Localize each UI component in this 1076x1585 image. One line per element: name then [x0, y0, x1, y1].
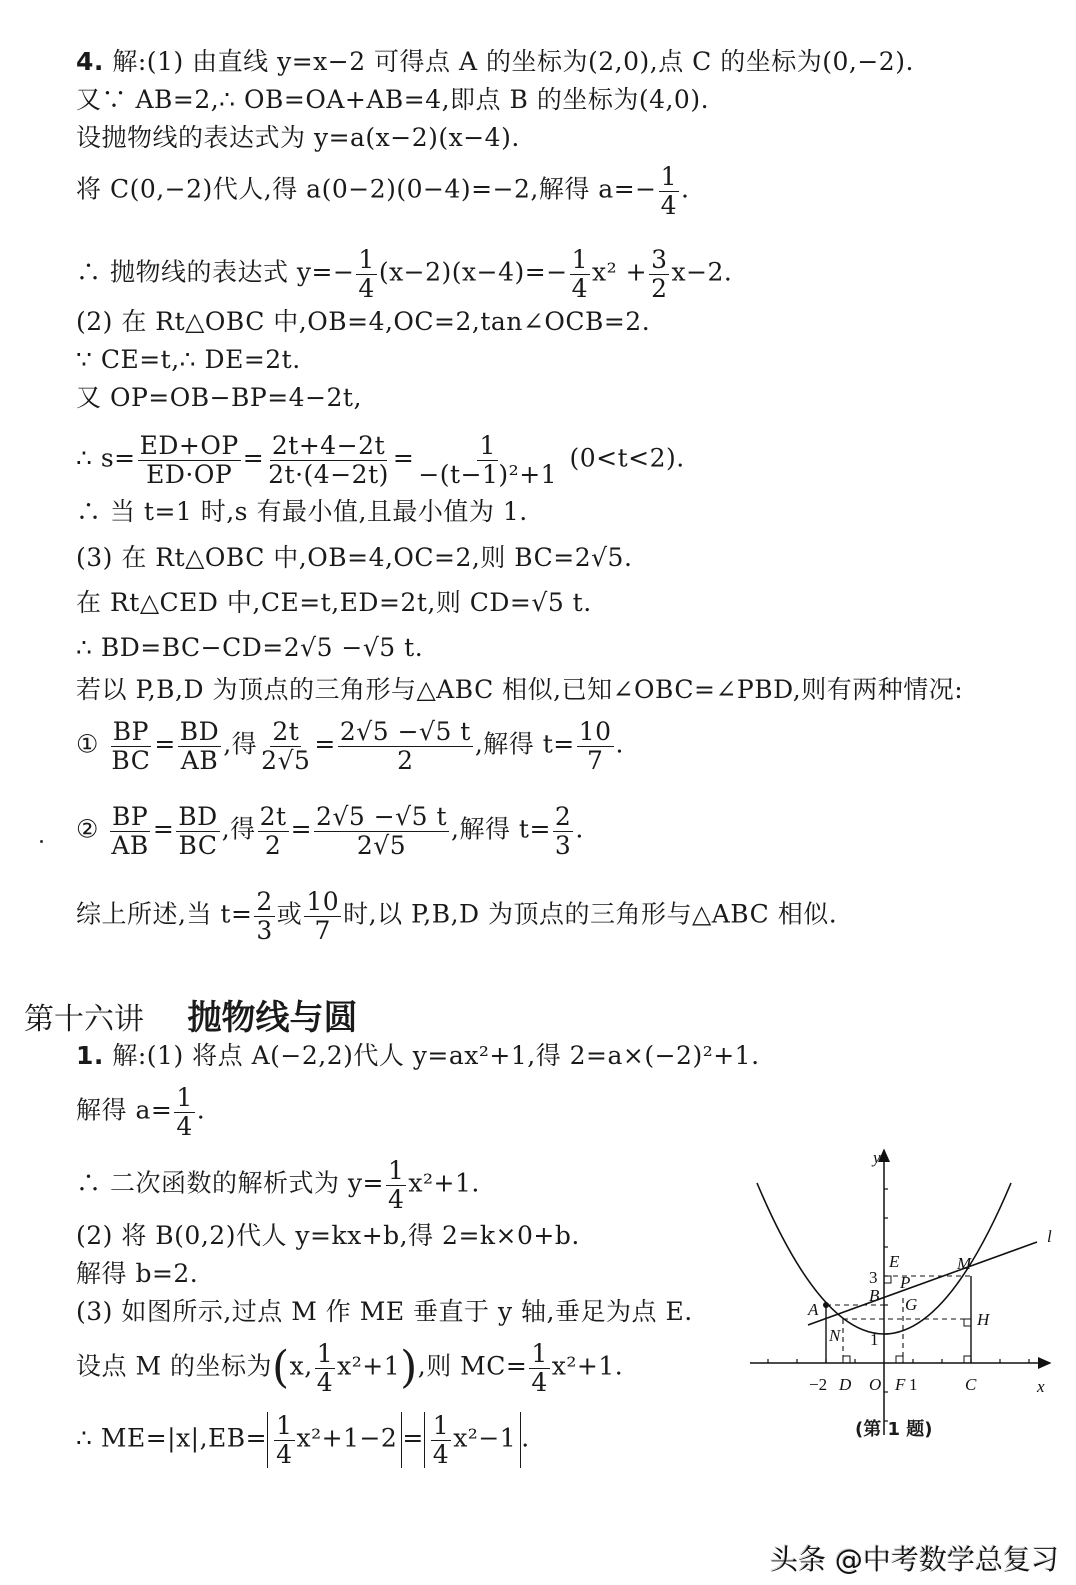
fraction: BDBC [176, 803, 219, 859]
p4-line-5: ∴ 抛物线的表达式 y=−14(x−2)(x−4)=−14x² +32x−2. [76, 246, 732, 302]
p1-line-4: (2) 将 B(0,2)代人 y=kx+b,得 2=k×0+b. [76, 1218, 580, 1254]
fraction: 2t2 [258, 803, 289, 859]
answer-page: 4. 解:(1) 由直线 y=x−2 可得点 A 的坐标为(2,0),点 C 的… [0, 0, 1076, 1585]
p4-line-2: 又∵ AB=2,∴ OB=OA+AB=4,即点 B 的坐标为(4,0). [76, 82, 709, 118]
p4-case-1: ① BPBC=BDAB,得2t2√5=2√5 −√5 t2,解得 t=107. [76, 718, 624, 774]
svg-text:D: D [838, 1375, 852, 1394]
p4-case-2: ② BPAB=BDBC,得2t2=2√5 −√5 t2√5,解得 t=23. [76, 803, 584, 859]
svg-text:A: A [807, 1300, 819, 1319]
p4-line-12: 在 Rt△CED 中,CE=t,ED=2t,则 CD=√5 t. [76, 585, 592, 621]
svg-text:1: 1 [909, 1375, 918, 1394]
p4-line-11: (3) 在 Rt△OBC 中,OB=4,OC=2,则 BC=2√5. [76, 540, 632, 576]
p4-line-14: 若以 P,B,D 为顶点的三角形与△ABC 相似,已知∠OBC=∠PBD,则有两… [76, 672, 963, 708]
fraction: 23 [553, 803, 573, 859]
fraction: BPAB [109, 803, 150, 859]
svg-text:1: 1 [870, 1330, 879, 1349]
svg-text:M: M [956, 1254, 972, 1273]
p1-line-1: 1. 解:(1) 将点 A(−2,2)代人 y=ax²+1,得 2=a×(−2)… [76, 1038, 760, 1074]
scan-speck [40, 840, 43, 843]
fraction: 14 [174, 1084, 194, 1140]
fraction: 1−(t−1)²+1 [416, 432, 559, 488]
svg-text:G: G [905, 1295, 917, 1314]
fraction: 2√5 −√5 t2√5 [314, 803, 449, 859]
p1-line-2: 解得 a=14. [76, 1084, 205, 1140]
fraction: 2√5 −√5 t2 [338, 718, 473, 774]
svg-text:B: B [869, 1286, 880, 1305]
p4-conclusion: 综上所述,当 t=23或107时,以 P,B,D 为顶点的三角形与△ABC 相似… [76, 888, 837, 944]
p4-line-1: 4. 解:(1) 由直线 y=x−2 可得点 A 的坐标为(2,0),点 C 的… [76, 44, 914, 80]
p4-line-6: (2) 在 Rt△OBC 中,OB=4,OC=2,tan∠OCB=2. [76, 304, 650, 340]
svg-text:H: H [976, 1310, 991, 1329]
p4-line-3: 设抛物线的表达式为 y=a(x−2)(x−4). [76, 120, 520, 156]
p4-line-7: ∵ CE=t,∴ DE=2t. [76, 342, 301, 378]
absolute-value: 14x²−1 [424, 1412, 521, 1468]
p4-line-9: ∴ s=ED+OPED·OP=2t+4−2t2t·(4−2t)=1−(t−1)²… [76, 432, 685, 488]
p1-line-8: ∴ ME=|x|,EB=14x²+1−2=14x²−1. [76, 1412, 530, 1468]
p1-line-6: (3) 如图所示,过点 M 作 ME 垂直于 y 轴,垂足为点 E. [76, 1294, 693, 1330]
line-l-label: l [1047, 1227, 1052, 1246]
fraction: 14 [386, 1157, 406, 1213]
fraction: 14 [274, 1412, 294, 1468]
fraction: 14 [356, 246, 376, 302]
fraction: 23 [254, 888, 274, 944]
p1-line-3: ∴ 二次函数的解析式为 y=14x²+1. [76, 1157, 480, 1213]
line-l [808, 1242, 1037, 1325]
svg-text:P: P [899, 1273, 910, 1292]
fraction: ED+OPED·OP [138, 432, 241, 488]
section-heading: 第十六讲 抛物线与圆 [24, 990, 358, 1039]
fraction: 2t2√5 [259, 718, 312, 774]
fraction: 14 [529, 1340, 549, 1396]
svg-text:E: E [888, 1252, 900, 1271]
fraction: 14 [315, 1340, 335, 1396]
circled-one-marker: ① [76, 730, 99, 759]
fraction: 107 [577, 718, 614, 774]
figure-caption: (第 1 题) [855, 1415, 933, 1441]
svg-text:O: O [869, 1375, 881, 1394]
fraction: 14 [570, 246, 590, 302]
section-title: 抛物线与圆 [188, 998, 358, 1038]
problem-number: 4. [76, 47, 104, 76]
fraction: BDAB [178, 718, 221, 774]
p4-line-10: ∴ 当 t=1 时,s 有最小值,且最小值为 1. [76, 494, 528, 530]
p4-line-13: ∴ BD=BC−CD=2√5 −√5 t. [76, 630, 423, 666]
p1-line-5: 解得 b=2. [76, 1256, 198, 1292]
section-number: 第十六讲 [24, 1002, 144, 1037]
point-a-dot [823, 1302, 829, 1308]
x-axis-label: x [1036, 1377, 1045, 1396]
fraction: 107 [304, 888, 341, 944]
y-axis-label: y [871, 1148, 881, 1167]
svg-text:3: 3 [869, 1268, 878, 1287]
p4-line-8: 又 OP=OB−BP=4−2t, [76, 380, 362, 416]
fraction: 32 [649, 246, 669, 302]
svg-text:−2: −2 [809, 1375, 827, 1394]
svg-text:N: N [828, 1326, 842, 1345]
fraction: 2t+4−2t2t·(4−2t) [266, 432, 391, 488]
fraction: BPBC [109, 718, 152, 774]
p1-line-7: 设点 M 的坐标为(x,14x²+1),则 MC=14x²+1. [76, 1340, 623, 1396]
p4-line-4: 将 C(0,−2)代人,得 a(0−2)(0−4)=−2,解得 a=−14. [76, 163, 689, 219]
absolute-value: 14x²+1−2 [267, 1412, 402, 1468]
fraction: 14 [431, 1412, 451, 1468]
problem-number: 1. [76, 1041, 104, 1070]
parabola-diagram: y x l A B C D E F G H M N P O −2 1 1 3 [745, 1145, 1065, 1455]
fraction: 14 [659, 163, 679, 219]
watermark-text: 头条 @中考数学总复习 [770, 1538, 1059, 1578]
svg-text:F: F [894, 1375, 906, 1394]
svg-text:C: C [965, 1375, 977, 1394]
circled-two-marker: ② [76, 815, 99, 844]
